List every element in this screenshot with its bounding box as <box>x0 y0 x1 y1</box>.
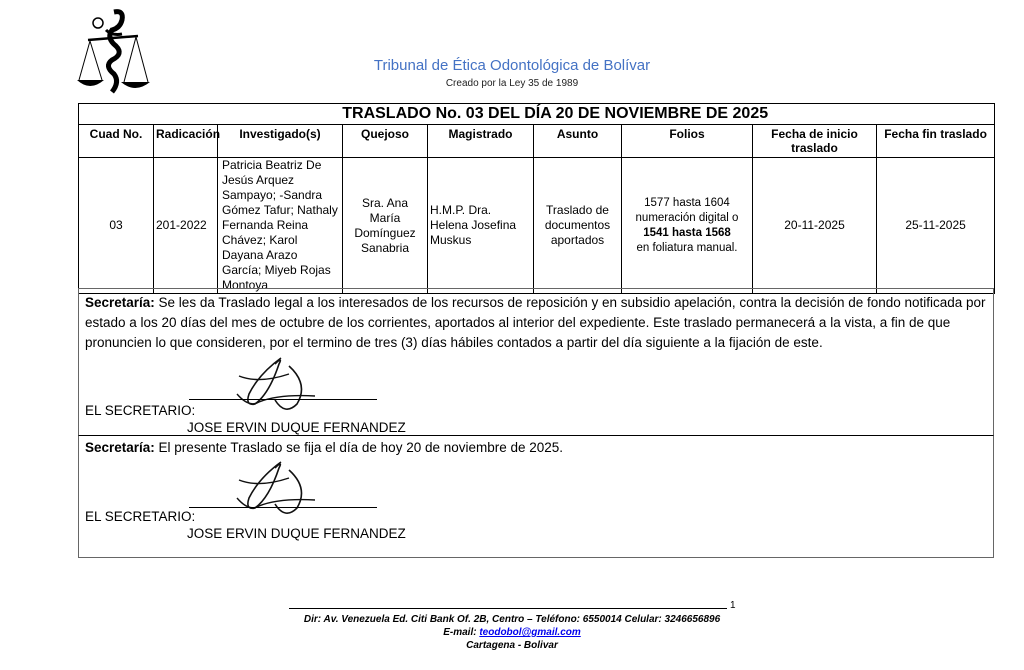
signature-icon <box>219 458 319 520</box>
column-header: Cuad No. <box>79 125 154 158</box>
table-title: TRASLADO No. 03 DEL DÍA 20 DE NOVIEMBRE … <box>79 104 995 125</box>
notice-paragraph: Secretaría: El presente Traslado se fija… <box>79 436 993 458</box>
signature-line <box>189 399 377 400</box>
column-header: Folios <box>622 125 753 158</box>
cell-fecha-inicio: 20-11-2025 <box>753 158 877 294</box>
organization-subtitle: Creado por la Ley 35 de 1989 <box>300 78 724 89</box>
column-header: Investigado(s) <box>218 125 343 158</box>
email-label: E-mail: <box>443 627 479 638</box>
scales-of-justice-logo-icon <box>76 8 152 98</box>
column-header: Quejoso <box>343 125 428 158</box>
column-header: Fecha de inicio traslado <box>753 125 877 158</box>
folios-digital: 1577 hasta 1604 numeración digital o <box>636 197 739 224</box>
footer-divider <box>289 608 727 609</box>
column-header: Magistrado <box>428 125 534 158</box>
column-header: Radicación <box>154 125 218 158</box>
cell-cuad-no: 03 <box>79 158 154 294</box>
column-header: Fecha fin traslado <box>877 125 995 158</box>
cell-asunto: Traslado de documentos aportados <box>534 158 622 294</box>
notice-label: Secretaría: <box>85 295 155 310</box>
page-number: 1 <box>730 600 736 611</box>
cell-fecha-fin: 25-11-2025 <box>877 158 995 294</box>
cell-investigados: Patricia Beatriz De Jesús Arquez Sampayo… <box>218 158 343 294</box>
secretary-notice-fijacion: Secretaría: El presente Traslado se fija… <box>78 435 994 558</box>
signer-label: EL SECRETARIO: <box>85 403 195 418</box>
signer-name: JOSE ERVIN DUQUE FERNANDEZ <box>187 526 406 541</box>
signer-name: JOSE ERVIN DUQUE FERNANDEZ <box>187 420 406 435</box>
signature-icon <box>219 354 319 416</box>
footer-city: Cartagena - Bolivar <box>280 640 744 651</box>
table-row: 03 201-2022 Patricia Beatriz De Jesús Ar… <box>79 158 995 294</box>
traslado-table: TRASLADO No. 03 DEL DÍA 20 DE NOVIEMBRE … <box>78 103 995 294</box>
notice-label: Secretaría: <box>85 440 155 455</box>
notice-text: El presente Traslado se fija el día de h… <box>155 440 563 455</box>
organization-name: Tribunal de Ética Odontológica de Bolíva… <box>300 57 724 74</box>
footer-email: E-mail: teodobol@gmail.com <box>280 627 744 638</box>
notice-paragraph: Secretaría: Se les da Traslado legal a l… <box>79 289 993 353</box>
footer-address: Dir: Av. Venezuela Ed. Citi Bank Of. 2B,… <box>280 614 744 625</box>
column-header: Asunto <box>534 125 622 158</box>
folios-manual-label: en foliatura manual. <box>636 242 737 254</box>
cell-folios: 1577 hasta 1604 numeración digital o 154… <box>622 158 753 294</box>
signature-line <box>189 507 377 508</box>
secretary-notice-traslado: Secretaría: Se les da Traslado legal a l… <box>78 288 994 436</box>
notice-text: Se les da Traslado legal a los interesad… <box>85 295 986 350</box>
folios-manual-range: 1541 hasta 1568 <box>643 227 731 239</box>
table-header-row: Cuad No. Radicación Investigado(s) Quejo… <box>79 125 995 158</box>
signer-label: EL SECRETARIO: <box>85 509 195 524</box>
cell-radicacion: 201-2022 <box>154 158 218 294</box>
cell-quejoso: Sra. Ana María Domínguez Sanabria <box>343 158 428 294</box>
email-link[interactable]: teodobol@gmail.com <box>479 627 580 638</box>
cell-magistrado: H.M.P. Dra. Helena Josefina Muskus <box>428 158 534 294</box>
